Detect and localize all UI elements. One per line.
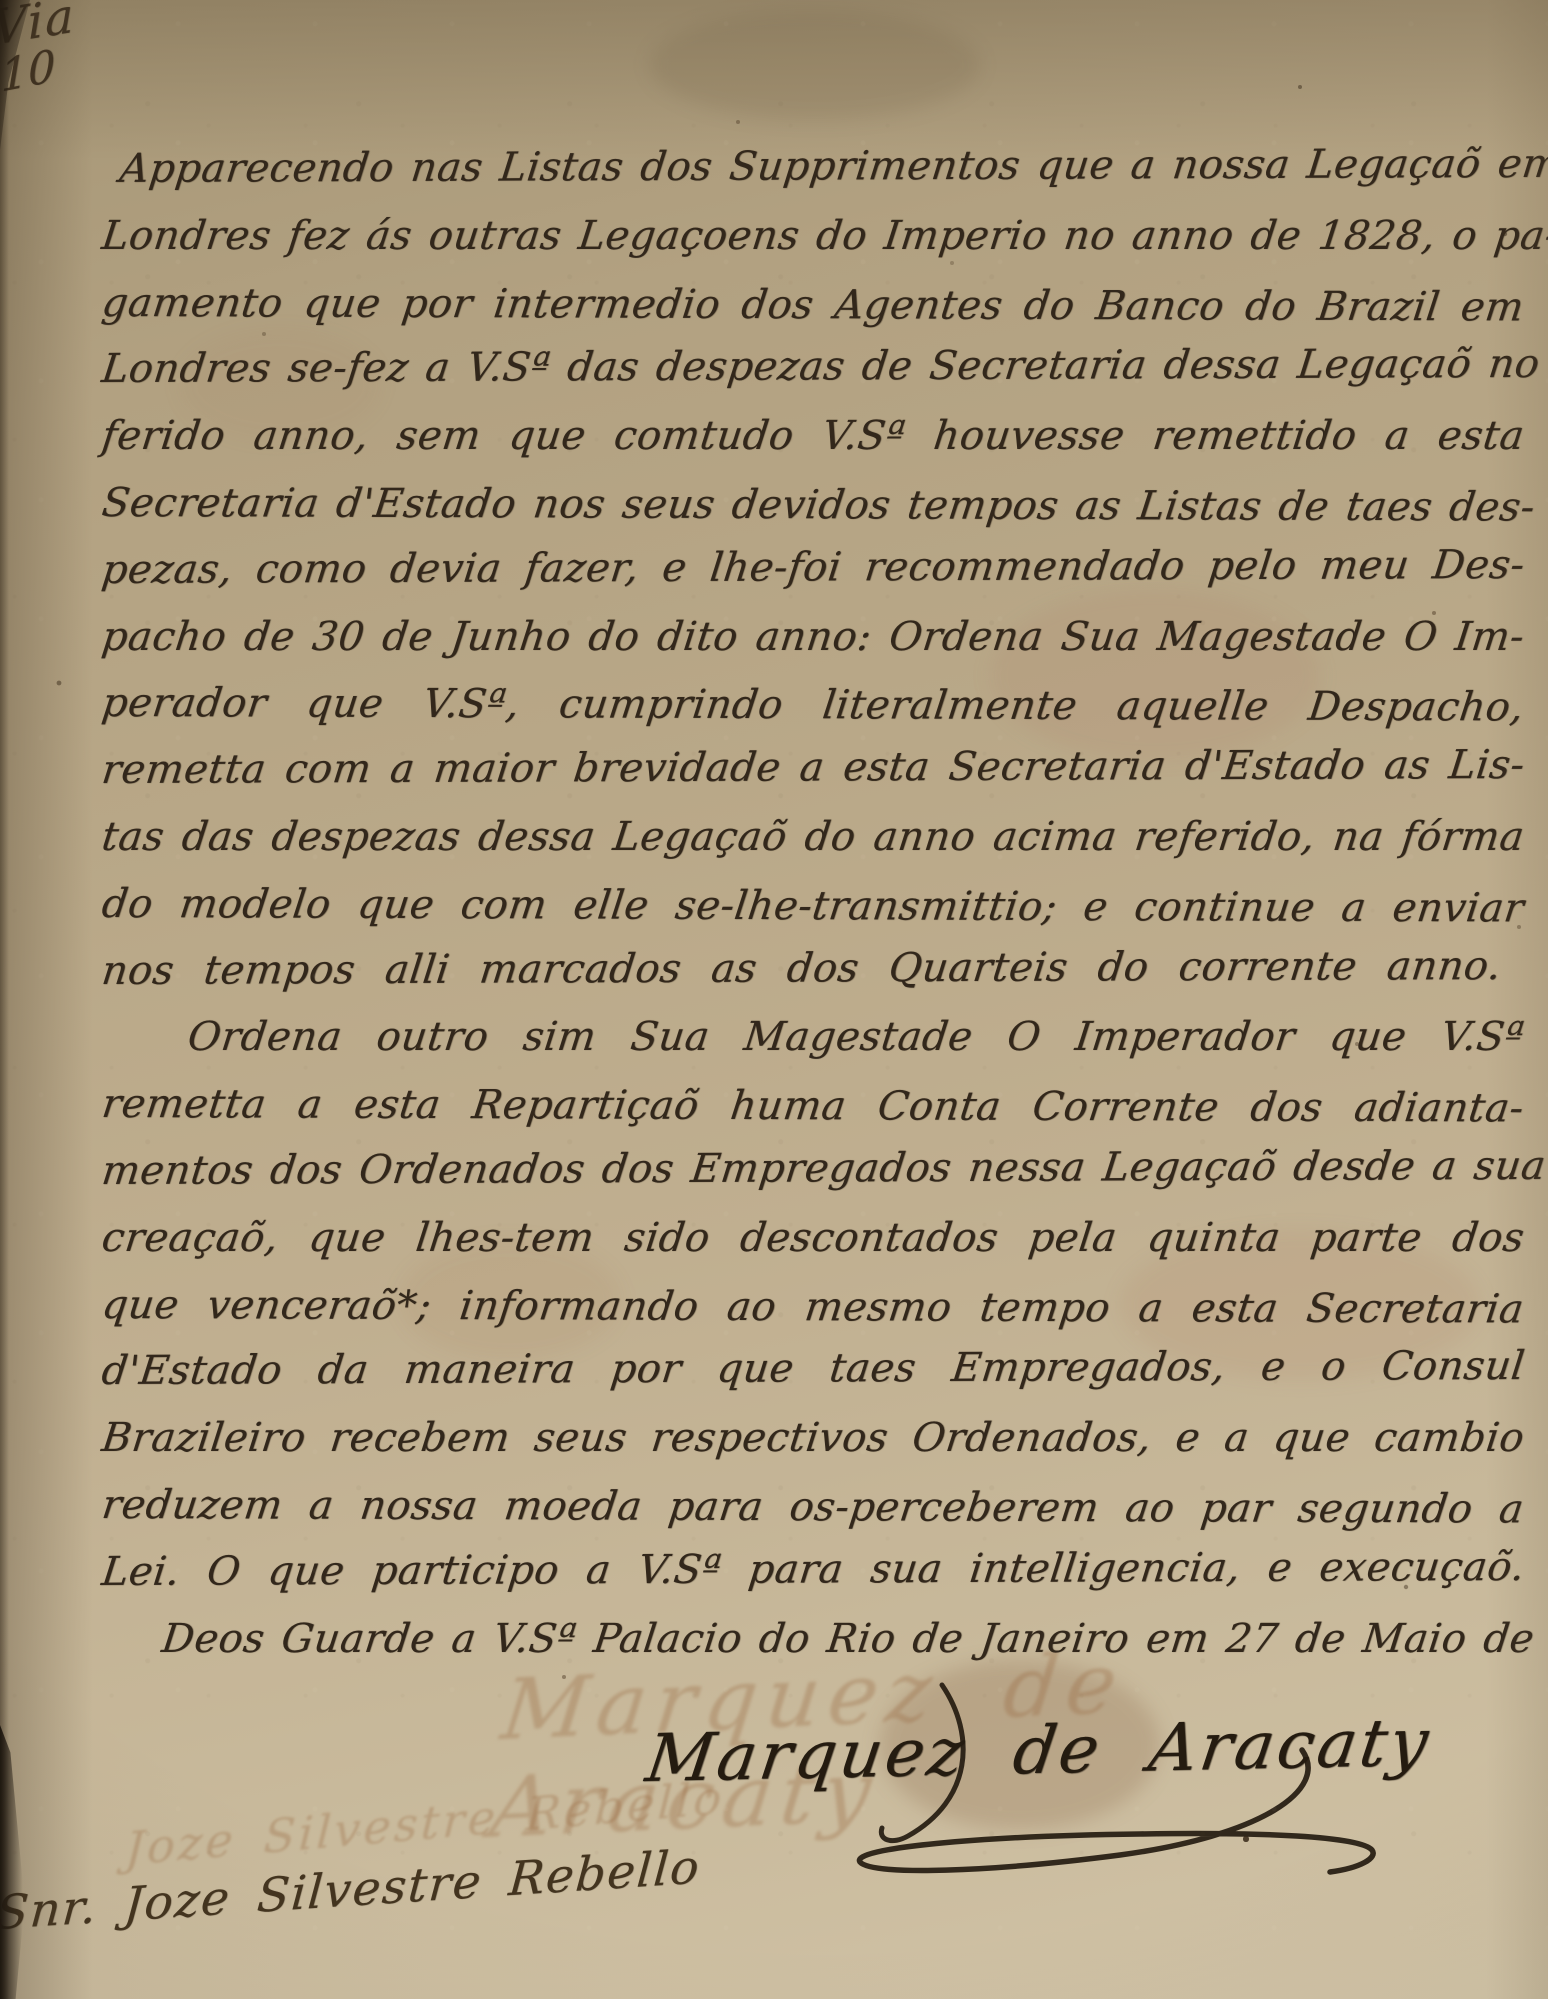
page-left-edge [0, 0, 9, 1999]
letter-line: ferido anno, sem que comtudo V.Sª houves… [98, 403, 1528, 470]
letter-line: remetta com a maior brevidade a esta Sec… [98, 732, 1529, 804]
letter-line: reduzem a nossa moeda para os-perceberem… [98, 1472, 1528, 1543]
letter-line: Londres se-fez a V.Sª das despezas de Se… [98, 331, 1529, 403]
letter-line: Brazileiro recebem seus respectivos Orde… [98, 1405, 1528, 1472]
letter-line: creaçaõ, que lhes-tem sido descontados p… [98, 1205, 1528, 1272]
letter-line: tas das despezas dessa Legaçaõ do anno a… [98, 804, 1528, 871]
letter-line: Ordena outro sim Sua Magestade O Imperad… [98, 1004, 1528, 1071]
paper-stain [650, 10, 980, 120]
letter-body: Apparecendo nas Listas dos Supprimentos … [98, 136, 1520, 1672]
page-corner-shadow-bottom [0, 1725, 26, 1999]
letter-line: d'Estado da maneira por que taes Emprega… [98, 1333, 1529, 1405]
letter-line: pezas, como devia fazer, e lhe-foi recom… [98, 532, 1529, 604]
letter-line: que venceraõ*; informando ao mesmo tempo… [98, 1272, 1528, 1343]
letter-line: remetta a esta Repartiçaõ huma Conta Cor… [98, 1071, 1528, 1142]
letter-line: Apparecendo nas Listas dos Supprimentos … [98, 131, 1529, 203]
letter-line: nos tempos alli marcados as dos Quarteis… [98, 933, 1529, 1005]
letter-line: gamento que por intermedio dos Agentes d… [98, 270, 1528, 341]
letter-line: Secretaria d'Estado nos seus devidos tem… [98, 470, 1528, 541]
letter-line: mentos dos Ordenados dos Empregados ness… [98, 1133, 1529, 1205]
closing-line: Deos Guarde a V.Sª Palacio do Rio de Jan… [98, 1606, 1528, 1673]
letter-line: pacho de 30 de Junho do dito anno: Orden… [98, 604, 1528, 671]
letter-line: Londres fez ás outras Legaçoens do Imper… [98, 203, 1528, 270]
letter-line: do modelo que com elle se-lhe-transmitti… [98, 871, 1528, 942]
manuscript-page: Marquez de Aracaty Joze Silvestre Rebell… [0, 0, 1548, 1999]
letter-line: Lei. O que participo a V.Sª para sua int… [98, 1534, 1529, 1606]
letter-line: perador que V.Sª, cumprindo literalmente… [98, 670, 1528, 741]
